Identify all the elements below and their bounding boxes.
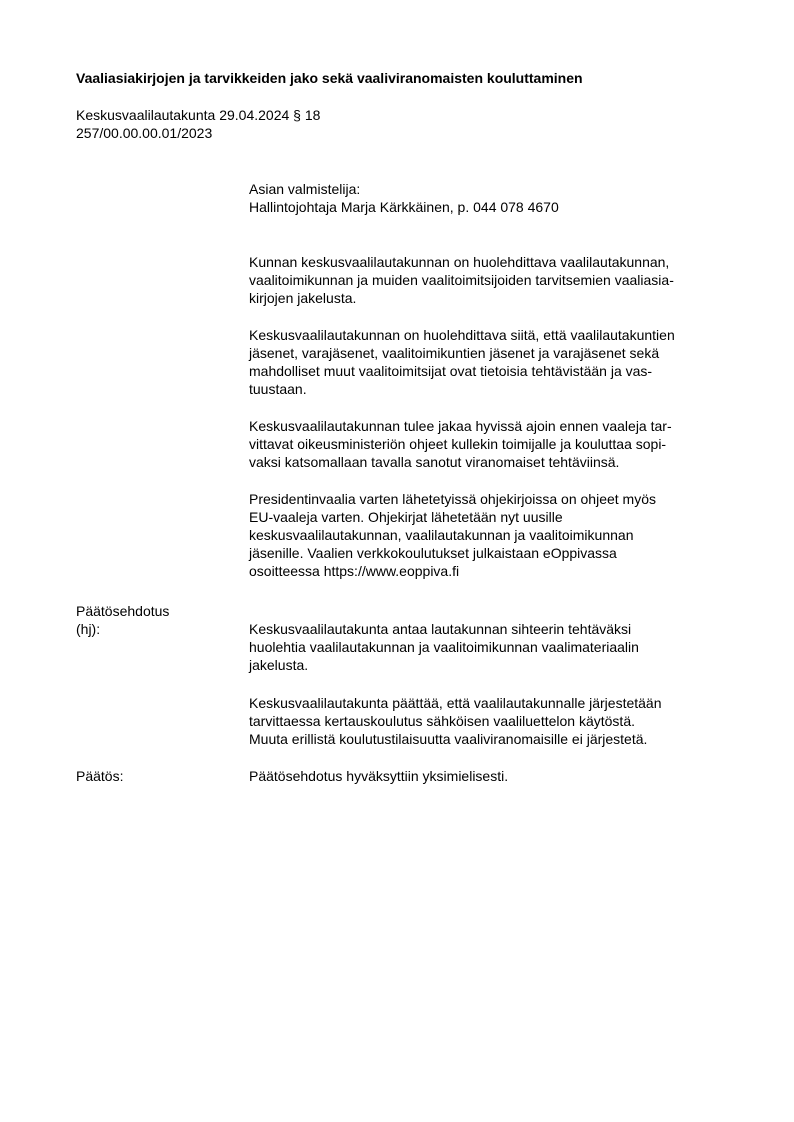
- paragraph-3: Keskusvaalilautakunnan tulee jakaa hyvis…: [249, 417, 749, 471]
- text-line: kirjojen jakelusta.: [249, 289, 749, 307]
- proposal-paragraph-2: Keskusvaalilautakunta päättää, että vaal…: [249, 694, 749, 748]
- text-line: Muuta erillistä koulutustilaisuutta vaal…: [249, 730, 749, 748]
- paragraph-2: Keskusvaalilautakunnan on huolehdittava …: [249, 326, 749, 398]
- text-line: Keskusvaalilautakunta päättää, että vaal…: [249, 694, 749, 712]
- text-line: jäsenille. Vaalien verkkokoulutukset jul…: [249, 544, 749, 562]
- text-line: Keskusvaalilautakunnan on huolehdittava …: [249, 326, 749, 344]
- text-line: vaksi katsomallaan tavalla sanotut viran…: [249, 453, 749, 471]
- text-line: huolehtia vaalilautakunnan ja vaalitoimi…: [249, 638, 749, 656]
- proposal-label-line: Päätösehdotus: [76, 602, 169, 620]
- preparer-block: Asian valmistelija: Hallintojohtaja Marj…: [249, 180, 749, 216]
- record-number: 257/00.00.00.01/2023: [76, 124, 320, 142]
- paragraph-1: Kunnan keskusvaalilautakunnan on huolehd…: [249, 253, 749, 307]
- text-line: jakelusta.: [249, 656, 749, 674]
- document-title: Vaaliasiakirjojen ja tarvikkeiden jako s…: [76, 69, 583, 87]
- text-line: tarvittaessa kertauskoulutus sähköisen v…: [249, 712, 749, 730]
- meeting-meta: Keskusvaalilautakunta 29.04.2024 § 18 25…: [76, 106, 320, 142]
- proposal-paragraph-1: Keskusvaalilautakunta antaa lautakunnan …: [249, 620, 749, 674]
- paragraph-4: Presidentinvaalia varten lähetetyissä oh…: [249, 490, 749, 580]
- text-line: mahdolliset muut vaalitoimitsijat ovat t…: [249, 362, 749, 380]
- preparer-name: Hallintojohtaja Marja Kärkkäinen, p. 044…: [249, 198, 749, 216]
- preparer-label: Asian valmistelija:: [249, 180, 749, 198]
- text-line: Keskusvaalilautakunnan tulee jakaa hyvis…: [249, 417, 749, 435]
- text-line: EU-vaaleja varten. Ohjekirjat lähetetään…: [249, 508, 749, 526]
- text-line: Keskusvaalilautakunta antaa lautakunnan …: [249, 620, 749, 638]
- text-line: tuustaan.: [249, 380, 749, 398]
- proposal-label: Päätösehdotus (hj):: [76, 602, 169, 638]
- text-line: Presidentinvaalia varten lähetetyissä oh…: [249, 490, 749, 508]
- text-line: vaalitoimikunnan ja muiden vaalitoimitsi…: [249, 271, 749, 289]
- decision-label: Päätös:: [76, 767, 123, 785]
- meeting-body-date: Keskusvaalilautakunta 29.04.2024 § 18: [76, 106, 320, 124]
- proposal-label-line: (hj):: [76, 620, 169, 638]
- text-line: Kunnan keskusvaalilautakunnan on huolehd…: [249, 253, 749, 271]
- text-line: keskusvaalilautakunnan, vaalilautakunnan…: [249, 526, 749, 544]
- text-line: osoitteessa https://www.eoppiva.fi: [249, 562, 749, 580]
- text-line: vittavat oikeusministeriön ohjeet kullek…: [249, 435, 749, 453]
- text-line: jäsenet, varajäsenet, vaalitoimikuntien …: [249, 344, 749, 362]
- decision-text: Päätösehdotus hyväksyttiin yksimielisest…: [249, 767, 749, 785]
- text-line: Päätösehdotus hyväksyttiin yksimielisest…: [249, 767, 749, 785]
